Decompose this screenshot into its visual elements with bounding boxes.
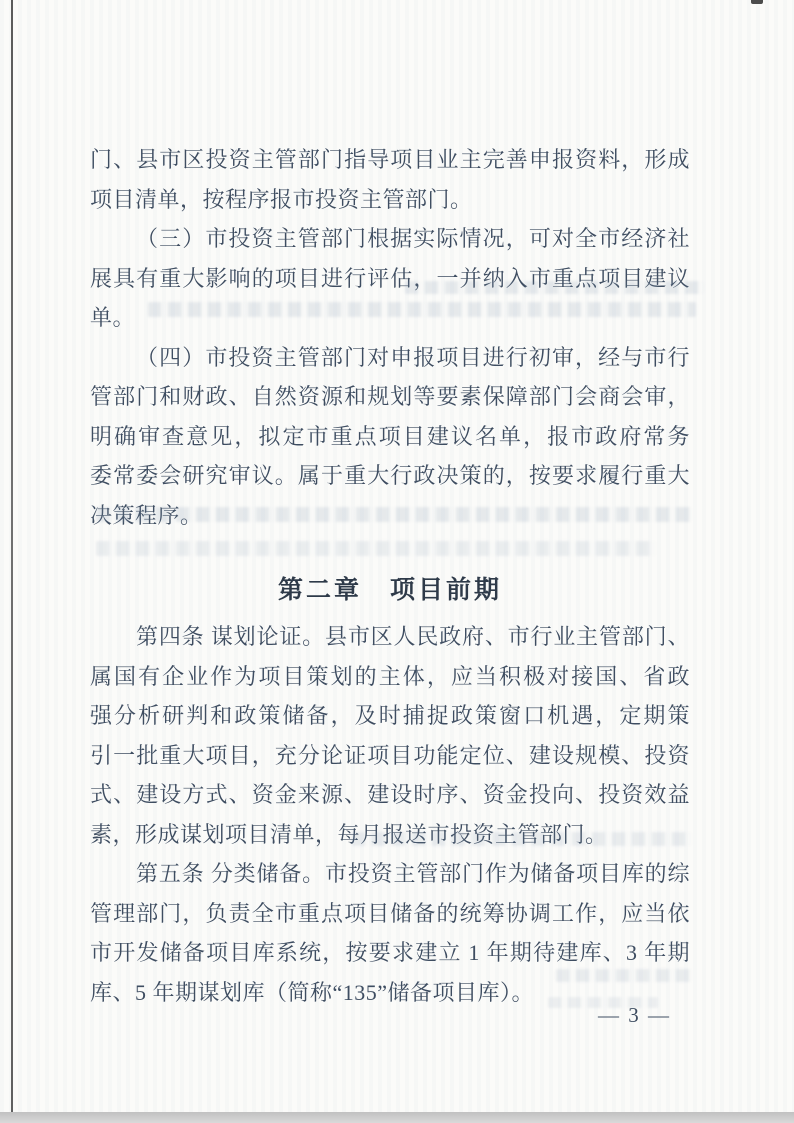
scanned-document-page: 门、县市区投资主管部门指导项目业主完善申报资料，形成申报 项目清单，按程序报市投… xyxy=(0,0,794,1123)
bleedthrough-ghost xyxy=(405,281,705,294)
text-line: 项目清单，按程序报市投资主管部门。 xyxy=(90,180,690,220)
text-line: 市开发储备项目库系统，按要求建立 1 年期待建库、3 年期预备 xyxy=(90,933,690,973)
bleedthrough-ghost xyxy=(352,832,692,846)
paragraph-item-3: （三）市投资主管部门根据实际情况，可对全市经济社会发 展具有重大影响的项目进行评… xyxy=(90,219,690,338)
text-line: 管理部门，负责全市重点项目储备的统筹协调工作，应当依托全 xyxy=(90,894,690,934)
text-line: 强分析研判和政策储备，及时捕捉政策窗口机遇，定期策划、招 xyxy=(90,696,690,736)
paragraph-article-4: 第四条 谋划论证。县市区人民政府、市行业主管部门、市 属国有企业作为项目策划的主… xyxy=(90,617,690,854)
text-line: 引一批重大项目，充分论证项目功能定位、建设规模、投资模 xyxy=(90,736,690,776)
text-line: （三）市投资主管部门根据实际情况，可对全市经济社会发 xyxy=(90,219,690,259)
document-body: 门、县市区投资主管部门指导项目业主完善申报资料，形成申报 项目清单，按程序报市投… xyxy=(90,140,690,1012)
scan-corner-speck xyxy=(751,0,763,4)
text-line: 式、建设方式、资金来源、建设时序、资金投向、投资效益等要 xyxy=(90,775,690,815)
text-line: 委常委会研究审议。属于重大行政决策的，按要求履行重大行政 xyxy=(90,456,690,496)
paragraph-item-4: （四）市投资主管部门对申报项目进行初审，经与市行业主 管部门和财政、自然资源和规… xyxy=(90,338,690,536)
scan-bottom-strip xyxy=(0,1112,794,1123)
bleedthrough-ghost xyxy=(548,997,658,1008)
text-line: 管部门和财政、自然资源和规划等要素保障部门会商会审，提出 xyxy=(90,377,690,417)
text-line: 门、县市区投资主管部门指导项目业主完善申报资料，形成申报 xyxy=(90,140,690,180)
text-line: 明确审查意见，拟定市重点项目建议名单，报市政府常务会、市 xyxy=(90,417,690,457)
bleedthrough-ghost xyxy=(96,507,692,522)
bleedthrough-ghost xyxy=(148,302,696,317)
bleedthrough-ghost xyxy=(96,541,656,556)
text-line: （四）市投资主管部门对申报项目进行初审，经与市行业主 xyxy=(90,338,690,378)
text-line: 第四条 谋划论证。县市区人民政府、市行业主管部门、市 xyxy=(90,617,690,657)
text-line: 第五条 分类储备。市投资主管部门作为储备项目库的综合 xyxy=(90,854,690,894)
bleedthrough-ghost xyxy=(556,969,692,982)
paragraph-continuation: 门、县市区投资主管部门指导项目业主完善申报资料，形成申报 项目清单，按程序报市投… xyxy=(90,140,690,219)
paragraph-article-5: 第五条 分类储备。市投资主管部门作为储备项目库的综合 管理部门，负责全市重点项目… xyxy=(90,854,690,1012)
chapter-heading: 第二章 项目前期 xyxy=(90,575,690,605)
scan-edge-line xyxy=(11,0,13,1112)
text-line: 属国有企业作为项目策划的主体，应当积极对接国、省政策，加 xyxy=(90,657,690,697)
